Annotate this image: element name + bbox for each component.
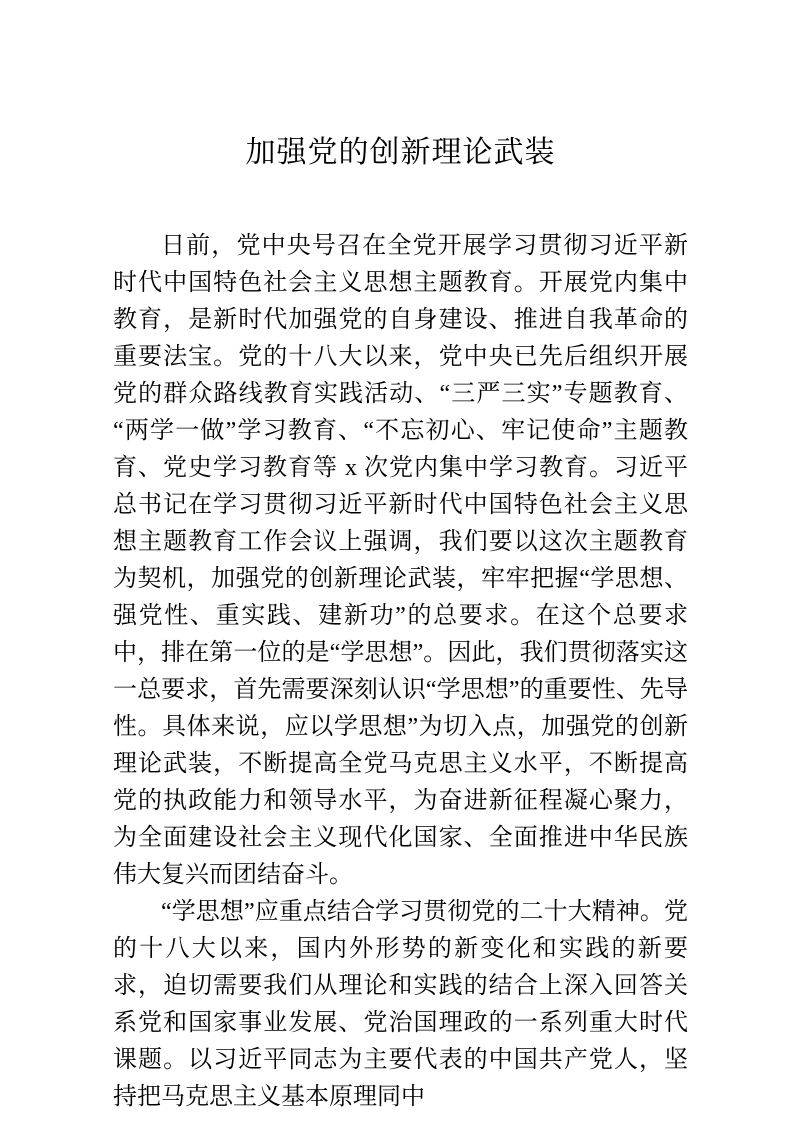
paragraph-1: 日前，党中央号召在全党开展学习贯彻习近平新时代中国特色社会主义思想主题教育。开展… — [113, 228, 688, 894]
paragraph-2: “学思想”应重点结合学习贯彻党的二十大精神。党的十八大以来，国内外形势的新变化和… — [113, 894, 688, 1116]
document-title: 加强党的创新理论武装 — [113, 130, 688, 175]
document-body: 日前，党中央号召在全党开展学习贯彻习近平新时代中国特色社会主义思想主题教育。开展… — [113, 228, 688, 1116]
document-content-area: 加强党的创新理论武装 日前，党中央号召在全党开展学习贯彻习近平新时代中国特色社会… — [0, 0, 793, 1116]
document-page: 加强党的创新理论武装 日前，党中央号召在全党开展学习贯彻习近平新时代中国特色社会… — [0, 0, 793, 1122]
